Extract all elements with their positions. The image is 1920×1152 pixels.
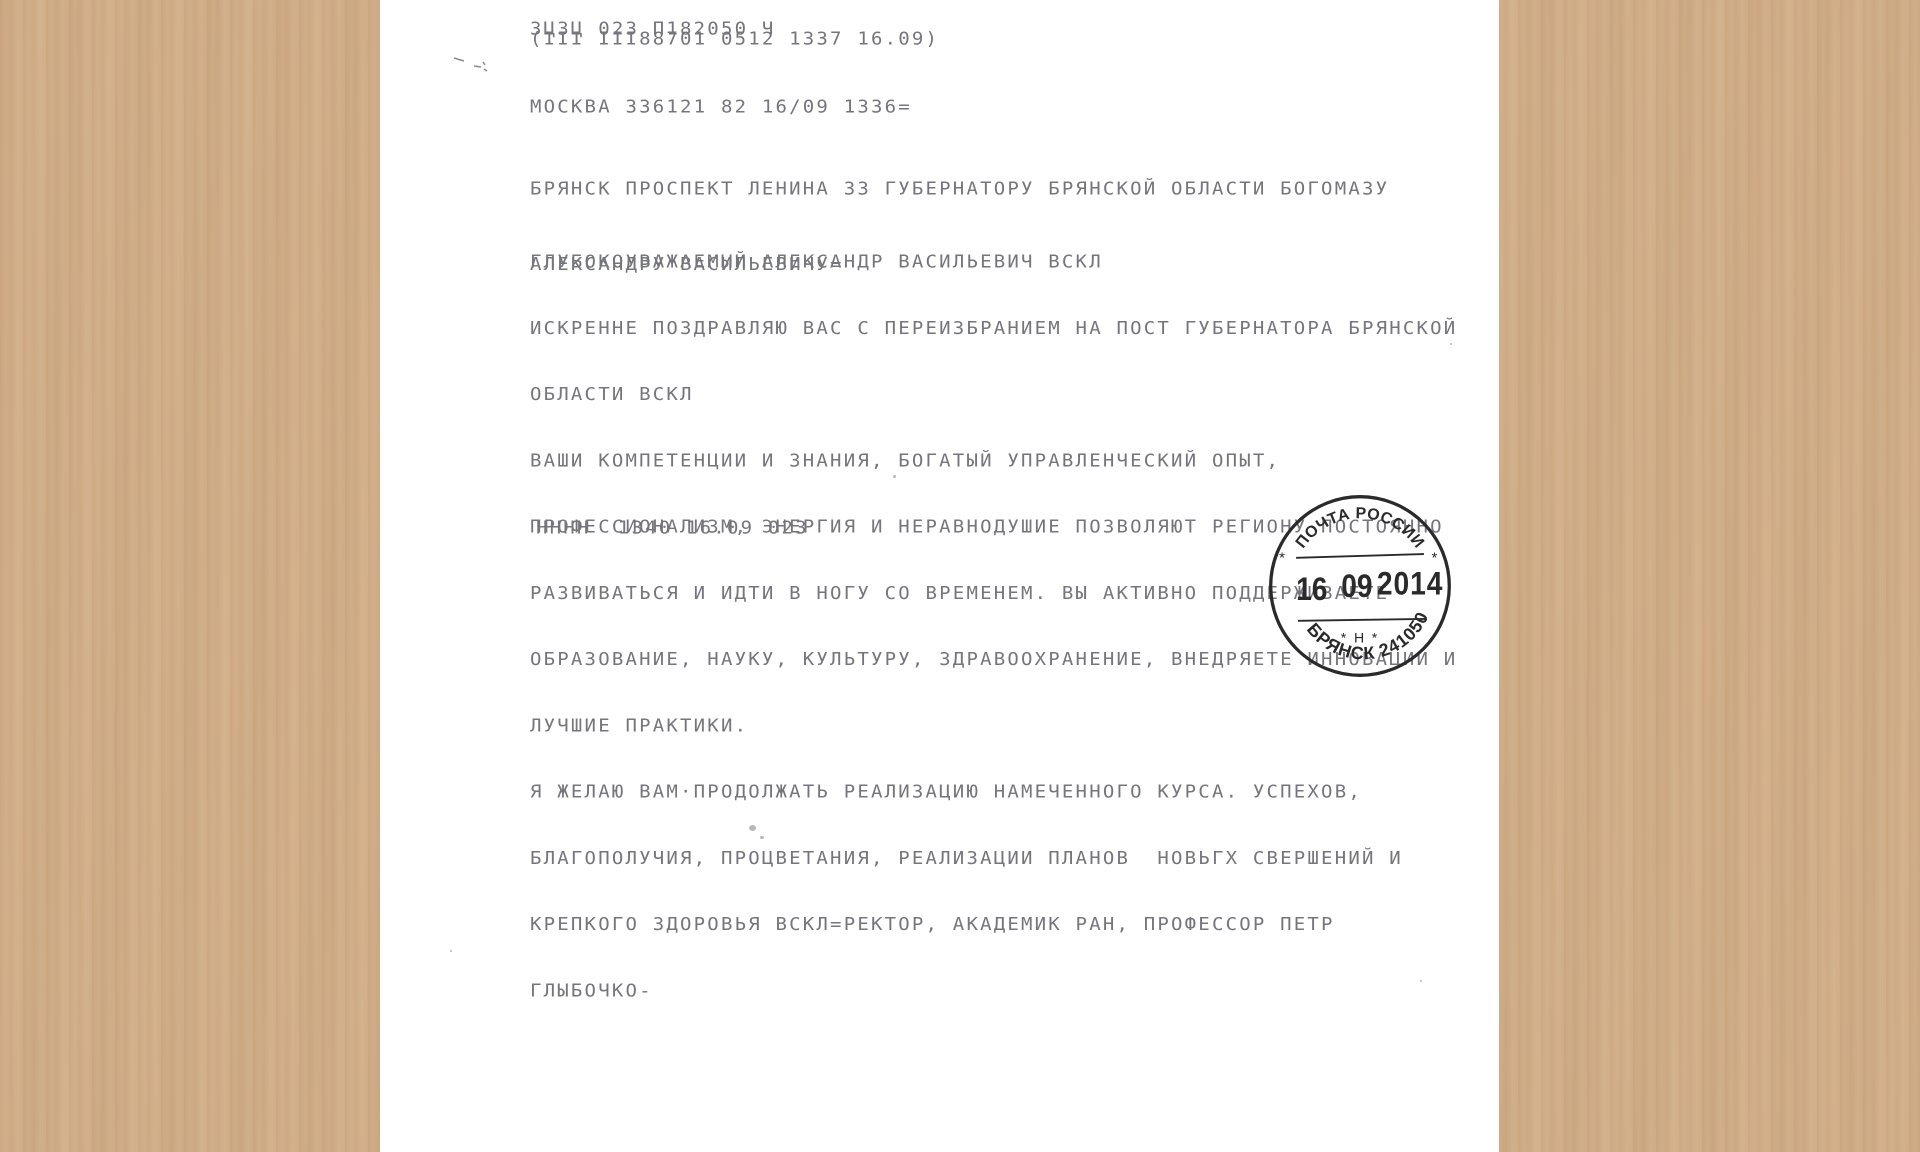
stamp-day: 16 [1296, 571, 1327, 607]
telegram-header-line-2: (III III88701 0512 1337 16.09) [530, 28, 939, 50]
paper-speck [749, 825, 756, 831]
address-line: БРЯНСК ПРОСПЕКТ ЛЕНИНА 33 ГУБЕРНАТОРУ БР… [530, 178, 1389, 200]
postal-stamp: ПОЧТА РОССИИ * * 16 09 2014 * Н * БРЯНСК… [1266, 492, 1454, 680]
body-line: ЛУЧШИЕ ПРАКТИКИ. [530, 715, 1457, 737]
svg-text:ПОЧТА РОССИИ: ПОЧТА РОССИИ [1293, 505, 1427, 551]
body-line: БЛАГОПОЛУЧИЯ, ПРОЦВЕТАНИЯ, РЕАЛИЗАЦИИ ПЛ… [530, 847, 1457, 869]
origin-line: МОСКВА 336121 82 16/09 1336= [530, 96, 912, 118]
paper-speck [450, 950, 452, 952]
body-line: КРЕПКОГО ЗДОРОВЬЯ ВСКЛ=РЕКТОР, АКАДЕМИК … [530, 914, 1457, 936]
paper-speck [893, 475, 896, 478]
stamp-star-left: * [1279, 550, 1285, 567]
telegram-paper: ЗЦЗЦ 023 П182050 Ч (III III88701 0512 13… [380, 0, 1499, 1152]
pen-mark [450, 50, 500, 75]
body-line: ГЛЫБОЧКО- [530, 980, 1457, 1002]
end-line: НННН 1340 16.09 023 [536, 517, 809, 539]
stamp-top-text: ПОЧТА РОССИИ [1293, 505, 1427, 551]
paper-speck [760, 836, 764, 839]
body-line: ИСКРЕННЕ ПОЗДРАВЛЯЮ ВАС С ПЕРЕИЗБРАНИЕМ … [530, 317, 1457, 339]
stamp-star-right: * [1431, 550, 1437, 567]
body-line: Я ЖЕЛАЮ ВАМ·ПРОДОЛЖАТЬ РЕАЛИЗАЦИЮ НАМЕЧЕ… [530, 781, 1457, 803]
body-line: ОБЛАСТИ ВСКЛ [530, 384, 1457, 406]
stamp-month: 09 [1341, 568, 1372, 604]
stamp-year: 2014 [1377, 566, 1443, 602]
body-line: ВАШИ КОМПЕТЕНЦИИ И ЗНАНИЯ, БОГАТЫЙ УПРАВ… [530, 450, 1457, 472]
paper-speck [1420, 980, 1422, 982]
body-line: ГЛУБОКОУВАЖАЕМЫЙ АЛЕКСАНДР ВАСИЛЬЕВИЧ ВС… [530, 251, 1457, 273]
paper-speck [1450, 343, 1452, 345]
